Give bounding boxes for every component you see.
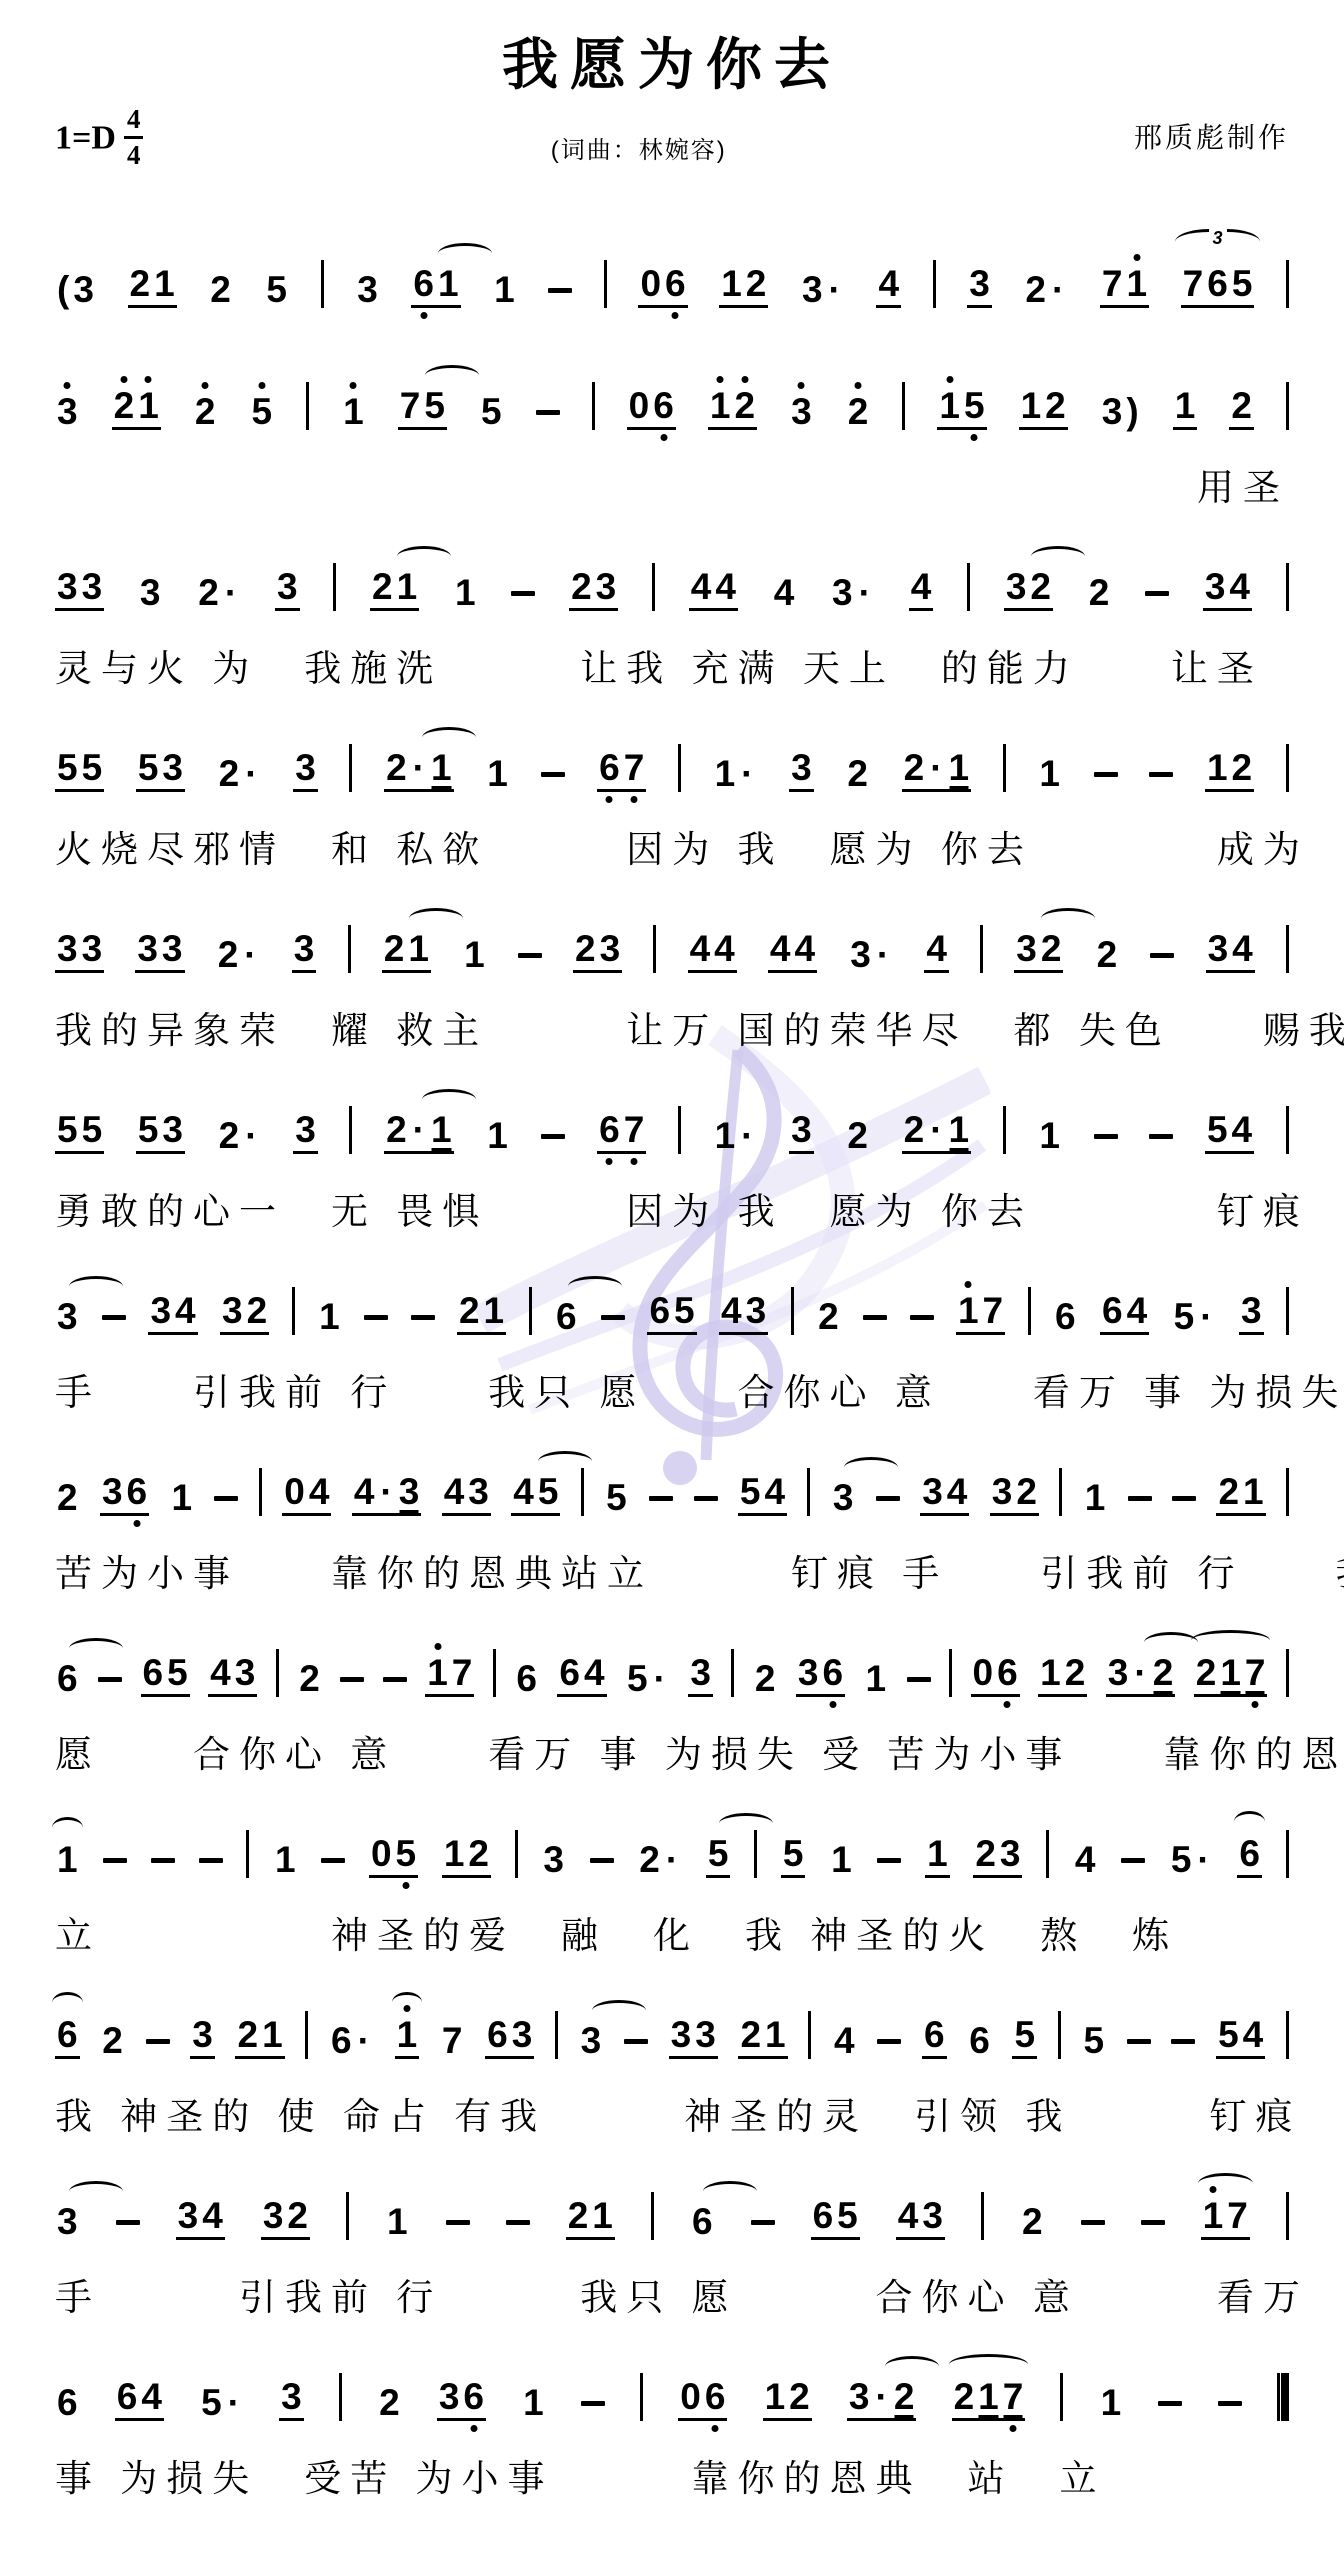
note-digit: 1 xyxy=(1083,1479,1108,1516)
dash-token xyxy=(506,2220,530,2225)
augmentation-dot: · xyxy=(873,936,893,973)
note-group: 54 xyxy=(738,1473,787,1516)
note-digit: 1 xyxy=(956,1292,981,1329)
note-token: 5 xyxy=(1012,2016,1037,2059)
note-token: 44 xyxy=(689,568,738,611)
dash-token xyxy=(541,1134,565,1139)
note-group: 64 xyxy=(1100,1292,1149,1335)
dash-token xyxy=(518,953,542,958)
dash-token xyxy=(98,1677,122,1682)
note-digit: 5 xyxy=(136,1111,161,1148)
dash-token xyxy=(1149,1134,1173,1139)
note-token: 3 xyxy=(292,930,317,973)
barline-token xyxy=(515,1830,518,1878)
tie-arc xyxy=(703,2181,757,2202)
note-digit: 2 xyxy=(217,1117,242,1154)
note-group: 1 xyxy=(492,271,517,308)
note-digit: 1 xyxy=(485,755,510,792)
barline-token xyxy=(1286,1830,1289,1878)
barline-token xyxy=(276,1649,279,1697)
note-digit: 3 xyxy=(1100,393,1125,430)
note-digit: 1 xyxy=(719,265,744,302)
note-digit: 5 xyxy=(625,1660,650,1697)
barline-token xyxy=(555,2011,558,2059)
note-token: 17 xyxy=(1201,2197,1250,2240)
system-line: 623216·1763333214665554我 神圣的 使 命占 有我 神圣的… xyxy=(55,1969,1289,2150)
barline-token xyxy=(493,1649,496,1697)
note-digit: 6 xyxy=(651,387,676,424)
note-group: 44 xyxy=(689,568,738,611)
note-digit: 6 xyxy=(125,1473,150,1510)
note-group: 54 xyxy=(1205,1111,1254,1154)
note-group: 1 xyxy=(829,1841,854,1878)
note-digit: 4 xyxy=(1125,1292,1150,1329)
note-digit: 7 xyxy=(981,1292,1006,1329)
note-group: 3 xyxy=(292,930,317,973)
dash-token xyxy=(1128,1496,1152,1501)
note-digit: 3 xyxy=(261,2197,286,2234)
barline-token xyxy=(1286,563,1289,611)
note-digit: 3 xyxy=(541,1841,566,1878)
note-digit: 3 xyxy=(1106,1654,1131,1691)
note-token: 3 xyxy=(688,1654,713,1697)
note-token: 4 xyxy=(909,568,934,611)
note-token: 34 xyxy=(920,1473,969,1516)
note-token: 1 xyxy=(273,1841,298,1878)
barline-token xyxy=(346,2192,349,2240)
note-group: 1 xyxy=(864,1660,889,1697)
note-group: 3 xyxy=(688,1654,713,1697)
note-token: 64 xyxy=(115,2378,164,2421)
note-token: 5 xyxy=(781,1835,806,1878)
dash-token xyxy=(877,2039,901,2044)
note-token: 5 xyxy=(1081,2022,1106,2059)
typesetter-credit: 邢质彪制作 xyxy=(1134,116,1289,156)
note-group: 21 xyxy=(128,265,177,308)
note-token: 64 xyxy=(557,1654,606,1697)
note-digit: 1 xyxy=(152,265,177,302)
note-group: 12 xyxy=(763,2378,812,2421)
barline-token xyxy=(1286,2011,1289,2059)
note-group: 54 xyxy=(1216,2016,1265,2059)
note-digit: 2 xyxy=(732,387,757,424)
note-group: 2·1 xyxy=(384,749,453,792)
note-token: 3· xyxy=(848,936,893,973)
slur-arc xyxy=(1191,1630,1271,1651)
note-token: 43 xyxy=(208,1654,257,1697)
note-token: 1 xyxy=(462,936,487,973)
note-group: 3 xyxy=(579,2022,604,2059)
barline-token xyxy=(1046,1830,1049,1878)
note-token: 55 xyxy=(55,749,104,792)
note-digit: 3 xyxy=(1239,1292,1264,1329)
dash-token xyxy=(1150,953,1174,958)
note-group: 6 xyxy=(1053,1298,1078,1335)
note-token: 2· xyxy=(196,574,241,611)
note-token: 15 xyxy=(937,387,986,430)
note-digit: 1 xyxy=(1218,1654,1243,1691)
note-group: 3) xyxy=(1100,393,1141,430)
note-group: 5 xyxy=(1012,2016,1037,2059)
note-digit: 7 xyxy=(398,387,423,424)
note-token: 1 xyxy=(453,574,478,611)
note-group: 65 xyxy=(811,2197,860,2240)
note-group: 3 xyxy=(789,1111,814,1154)
note-group: 3 xyxy=(138,574,163,611)
dash-token xyxy=(146,2039,170,2044)
system-line: 2361044·3434555433432121苦为小事 靠你的恩典站立 钉痕 … xyxy=(55,1426,1289,1607)
note-digit: 0 xyxy=(369,1835,394,1872)
barline-token xyxy=(808,2011,811,2059)
dash-token xyxy=(536,410,560,415)
note-group: 2 xyxy=(845,755,870,792)
note-token: 21 xyxy=(457,1292,506,1335)
barline-token xyxy=(246,1830,249,1878)
note-group: 5· xyxy=(625,1660,670,1697)
note-digit: 5 xyxy=(1172,1298,1197,1335)
tie-arc xyxy=(409,908,463,929)
note-digit: 6 xyxy=(115,2378,140,2415)
note-digit: 4 xyxy=(763,1473,788,1510)
note-digit: 2 xyxy=(1063,1654,1088,1691)
note-digit: 4 xyxy=(1230,930,1255,967)
note-digit: 2 xyxy=(1087,574,1112,611)
note-digit: 3 xyxy=(789,749,814,786)
augmentation-dot: · xyxy=(926,1111,946,1148)
note-digit: 5 xyxy=(1081,2022,1106,2059)
note-digit: 3 xyxy=(160,749,185,786)
music-line: 55532·32·11671·322·1154 xyxy=(55,1064,1289,1154)
note-digit: 4 xyxy=(909,568,934,605)
note-group: 6 xyxy=(514,1660,539,1697)
dash-token xyxy=(876,1496,900,1501)
note-group: 5 xyxy=(781,1835,806,1878)
note-group: 55 xyxy=(55,1111,104,1154)
augmentation-dot: · xyxy=(409,749,429,786)
note-group: 1 xyxy=(1037,755,1062,792)
note-group: 3· xyxy=(830,574,875,611)
note-digit: 2 xyxy=(1230,749,1255,786)
note-digit: 2 xyxy=(245,1292,270,1329)
note-group: 3 xyxy=(831,1479,856,1516)
note-digit: 2 xyxy=(100,2022,125,2059)
note-digit: 4 xyxy=(896,2197,921,2234)
note-group: 34 xyxy=(1203,568,1252,611)
note-token: 1 xyxy=(395,2016,420,2059)
note-token: 33 xyxy=(55,930,104,973)
note-token: 23 xyxy=(573,930,622,973)
note-group: 21 xyxy=(112,387,161,430)
music-line: 32125175506123215123)12 xyxy=(55,340,1289,430)
note-group: 6 xyxy=(55,2384,80,2421)
system-line: 55532·32·11671·322·1154勇敢的心一 无 畏惧 因为 我 愿… xyxy=(55,1064,1289,1245)
slur-arc xyxy=(949,2354,1029,2375)
note-group: 2 xyxy=(816,1298,841,1335)
note-digit: 5 xyxy=(536,1473,561,1510)
system-line: 33332·32112344443·432234我的异象荣 耀 救主 让万 国的… xyxy=(55,883,1289,1064)
note-group: 32 xyxy=(261,2197,310,2240)
note-token: 12 xyxy=(719,265,768,308)
note-digit: 5 xyxy=(80,1111,105,1148)
note-group: 55 xyxy=(55,749,104,792)
note-token: 3 xyxy=(293,749,318,792)
note-token: 44 xyxy=(688,930,737,973)
note-group: 3· xyxy=(800,271,845,308)
note-digit: 1 xyxy=(453,574,478,611)
note-group: 21 xyxy=(370,568,419,611)
note-digit: 6 xyxy=(141,1654,166,1691)
note-group: 2 xyxy=(193,393,218,430)
note-digit: 1 xyxy=(462,936,487,973)
note-group: 2· xyxy=(217,755,262,792)
note-group: 21 xyxy=(738,2016,787,2059)
tie-arc xyxy=(425,365,479,386)
note-digit: 5 xyxy=(199,2384,224,2421)
dash-token xyxy=(877,1858,901,1863)
note-digit: ) xyxy=(1124,393,1140,430)
note-group: 1 xyxy=(1099,2384,1124,2421)
note-digit: 3 xyxy=(279,2378,304,2415)
note-token: 3 xyxy=(55,393,80,430)
note-digit: 3 xyxy=(789,393,814,430)
note-group: 04 xyxy=(282,1473,331,1516)
note-digit: 6 xyxy=(1205,265,1230,302)
note-digit: 1 xyxy=(406,930,431,967)
note-digit: 6 xyxy=(597,1111,622,1148)
dash-token xyxy=(907,1677,931,1682)
note-group: 1 xyxy=(453,574,478,611)
note-group: 21 xyxy=(235,2016,284,2059)
note-group: 4 xyxy=(924,930,949,973)
lyrics-line: 勇敢的心一 无 畏惧 因为 我 愿为 你去 钉痕 xyxy=(55,1181,1289,1235)
note-token: 6 xyxy=(514,1660,539,1697)
note-token: 6 xyxy=(922,2016,947,2059)
note-digit: 5 xyxy=(136,749,161,786)
note-token: 75 xyxy=(398,387,447,430)
note-digit: 3 xyxy=(100,1473,125,1510)
note-digit: 1 xyxy=(341,393,366,430)
note-token: (3 xyxy=(55,271,96,308)
note-token: 1 xyxy=(55,1841,80,1878)
barline-token xyxy=(640,2373,643,2421)
dash-token xyxy=(1121,1858,1145,1863)
note-token: 34 xyxy=(148,1292,197,1335)
note-digit: 3 xyxy=(55,1298,80,1335)
lyrics-line: 立 神圣的爱 融 化 我 神圣的火 熬 炼 xyxy=(55,1905,1289,1959)
note-digit: 3 xyxy=(990,1473,1015,1510)
note-token: 43 xyxy=(719,1292,768,1335)
note-group: 4 xyxy=(876,265,901,308)
note-group: 7 xyxy=(440,2022,465,2059)
note-digit: 3 xyxy=(80,930,105,967)
note-group: 53 xyxy=(136,749,185,792)
note-digit: 2 xyxy=(370,568,395,605)
note-digit: 2 xyxy=(738,2016,763,2053)
note-digit: 3 xyxy=(135,930,160,967)
note-digit: 3 xyxy=(176,2197,201,2234)
note-group: 15 xyxy=(937,387,986,430)
lyrics-line: 火烧尽邪情 和 私欲 因为 我 愿为 你去 成为 xyxy=(55,819,1289,873)
note-group: 1 xyxy=(395,2016,420,2059)
note-digit: 1 xyxy=(864,1660,889,1697)
barline-token xyxy=(306,382,309,430)
note-digit: 2 xyxy=(637,1841,662,1878)
note-digit: 5 xyxy=(1216,2016,1241,2053)
tie-arc xyxy=(422,1089,476,1110)
augmentation-dot: · xyxy=(825,271,845,308)
dash-token xyxy=(694,1496,718,1501)
note-token: 53 xyxy=(136,1111,185,1154)
note-digit: 6 xyxy=(557,1654,582,1691)
note-group: 3 xyxy=(1239,1292,1264,1335)
note-digit: 5 xyxy=(55,1111,80,1148)
note-digit: 2 xyxy=(1028,568,1053,605)
note-digit: 5 xyxy=(962,387,987,424)
barline-token xyxy=(1286,1649,1289,1697)
note-group: 5 xyxy=(249,393,274,430)
note-digit: 7 xyxy=(1225,2197,1250,2234)
augmentation-dot: · xyxy=(376,1473,396,1510)
note-digit: 6 xyxy=(922,2016,947,2053)
note-group: 1· xyxy=(713,1117,758,1154)
note-digit: 2 xyxy=(566,2197,591,2234)
note-group: 217 xyxy=(1194,1654,1268,1697)
note-digit: 2 xyxy=(217,755,242,792)
dash-token xyxy=(151,1858,175,1863)
dash-token xyxy=(910,1315,934,1320)
note-digit: 2 xyxy=(902,749,927,786)
note-token: 6· xyxy=(329,2022,374,2059)
barline-token xyxy=(653,925,656,973)
note-token: 6 xyxy=(1237,1835,1262,1878)
barline-token xyxy=(1286,260,1289,308)
note-group: 6 xyxy=(1237,1835,1262,1878)
note-digit: 2 xyxy=(112,387,137,424)
note-digit: 2 xyxy=(573,930,598,967)
note-digit: 6 xyxy=(967,2022,992,2059)
note-group: 21 xyxy=(457,1292,506,1335)
music-line: 33432121665432176645·3 xyxy=(55,1245,1289,1335)
note-digit: 2 xyxy=(384,749,409,786)
note-digit: 2 xyxy=(55,1479,80,1516)
lyrics-line: 我的异象荣 耀 救主 让万 国的荣华尽 都 失色 赐我 xyxy=(55,1000,1289,1054)
note-digit: 2 xyxy=(196,574,221,611)
barline-token xyxy=(1059,1468,1062,1516)
note-token: 1 xyxy=(1099,2384,1124,2421)
barline-token xyxy=(1286,1106,1289,1154)
note-group: 43 xyxy=(896,2197,945,2240)
augmentation-dot: · xyxy=(855,574,875,611)
note-group: 2· xyxy=(216,936,261,973)
note-token: 17 xyxy=(956,1292,1005,1335)
note-digit: 6 xyxy=(514,1660,539,1697)
note-group: 1 xyxy=(317,1298,342,1335)
note-token: 2· xyxy=(637,1841,682,1878)
note-digit: 7 xyxy=(622,1111,647,1148)
tie-arc xyxy=(69,2181,123,2202)
augmentation-dot: · xyxy=(354,2022,374,2059)
note-token: 06 xyxy=(678,2378,727,2421)
note-digit: 6 xyxy=(411,265,436,302)
note-token: 3 xyxy=(541,1841,566,1878)
note-group: 33 xyxy=(55,930,104,973)
note-digit: 6 xyxy=(1237,1835,1262,1872)
note-digit: 2 xyxy=(753,1660,778,1697)
barline-token xyxy=(581,1468,584,1516)
note-digit: 4 xyxy=(876,265,901,302)
dash-token xyxy=(1141,2220,1165,2225)
note-group: 17 xyxy=(425,1654,474,1697)
note-token: 32 xyxy=(1004,568,1053,611)
note-token: 5· xyxy=(625,1660,670,1697)
note-digit: 3 xyxy=(190,2016,215,2053)
dash-token xyxy=(511,591,535,596)
note-token: 217 xyxy=(1194,1654,1268,1697)
note-token: 2·1 xyxy=(902,749,971,792)
note-group: 12 xyxy=(708,387,757,430)
note-digit: 5 xyxy=(672,1292,697,1329)
note-digit: 1 xyxy=(713,755,738,792)
augmentation-dot: · xyxy=(241,1117,261,1154)
tie-arc xyxy=(397,546,451,567)
note-group: 2 xyxy=(753,1660,778,1697)
tie-arc xyxy=(719,1813,773,1834)
augmentation-dot: · xyxy=(662,1841,682,1878)
note-token: 65 xyxy=(141,1654,190,1697)
note-digit: 5 xyxy=(1205,1111,1230,1148)
note-token: 2 xyxy=(1229,387,1254,430)
note-group: 2· xyxy=(637,1841,682,1878)
note-token: 34 xyxy=(1203,568,1252,611)
music-line: 3343212166543217 xyxy=(55,2150,1289,2240)
dash-token xyxy=(340,1677,364,1682)
note-group: 2 xyxy=(100,2022,125,2059)
note-group: 1· xyxy=(713,755,758,792)
note-group: 06 xyxy=(678,2378,727,2421)
dash-token xyxy=(1171,2039,1195,2044)
note-group: 34 xyxy=(148,1292,197,1335)
dash-token xyxy=(590,1858,614,1863)
note-digit: 6 xyxy=(1100,1292,1125,1329)
note-digit: 4 xyxy=(832,2022,857,2059)
tie-arc xyxy=(568,1276,622,1297)
note-digit: 6 xyxy=(821,1654,846,1691)
note-token: 32 xyxy=(261,2197,310,2240)
note-group: 3 xyxy=(355,271,380,308)
note-group: 1 xyxy=(925,1835,950,1878)
note-digit: 3 xyxy=(80,568,105,605)
dash-token xyxy=(1127,2039,1151,2044)
augmentation-dot: · xyxy=(224,2384,244,2421)
note-digit: 2 xyxy=(377,2384,402,2421)
note-digit: 4 xyxy=(307,1473,332,1510)
note-digit: 3 xyxy=(293,749,318,786)
system-line: 55532·32·11671·322·1112火烧尽邪情 和 私欲 因为 我 愿… xyxy=(55,702,1289,883)
note-token: 7 xyxy=(440,2022,465,2059)
augmentation-dot: · xyxy=(1196,1298,1216,1335)
note-digit: 4 xyxy=(582,1654,607,1691)
note-digit: 2 xyxy=(457,1292,482,1329)
note-group: 23 xyxy=(573,930,622,973)
system-line: 32125175506123215123)12用圣 xyxy=(55,340,1289,521)
tie-arc xyxy=(422,727,476,748)
note-digit: 3 xyxy=(466,1473,491,1510)
music-line: (32125361106123·432·717653 xyxy=(55,218,1289,308)
note-group: 12 xyxy=(1019,387,1068,430)
slur-arc xyxy=(52,1817,83,1838)
note-token: 5· xyxy=(199,2384,244,2421)
note-digit: 5 xyxy=(1012,2016,1037,2053)
